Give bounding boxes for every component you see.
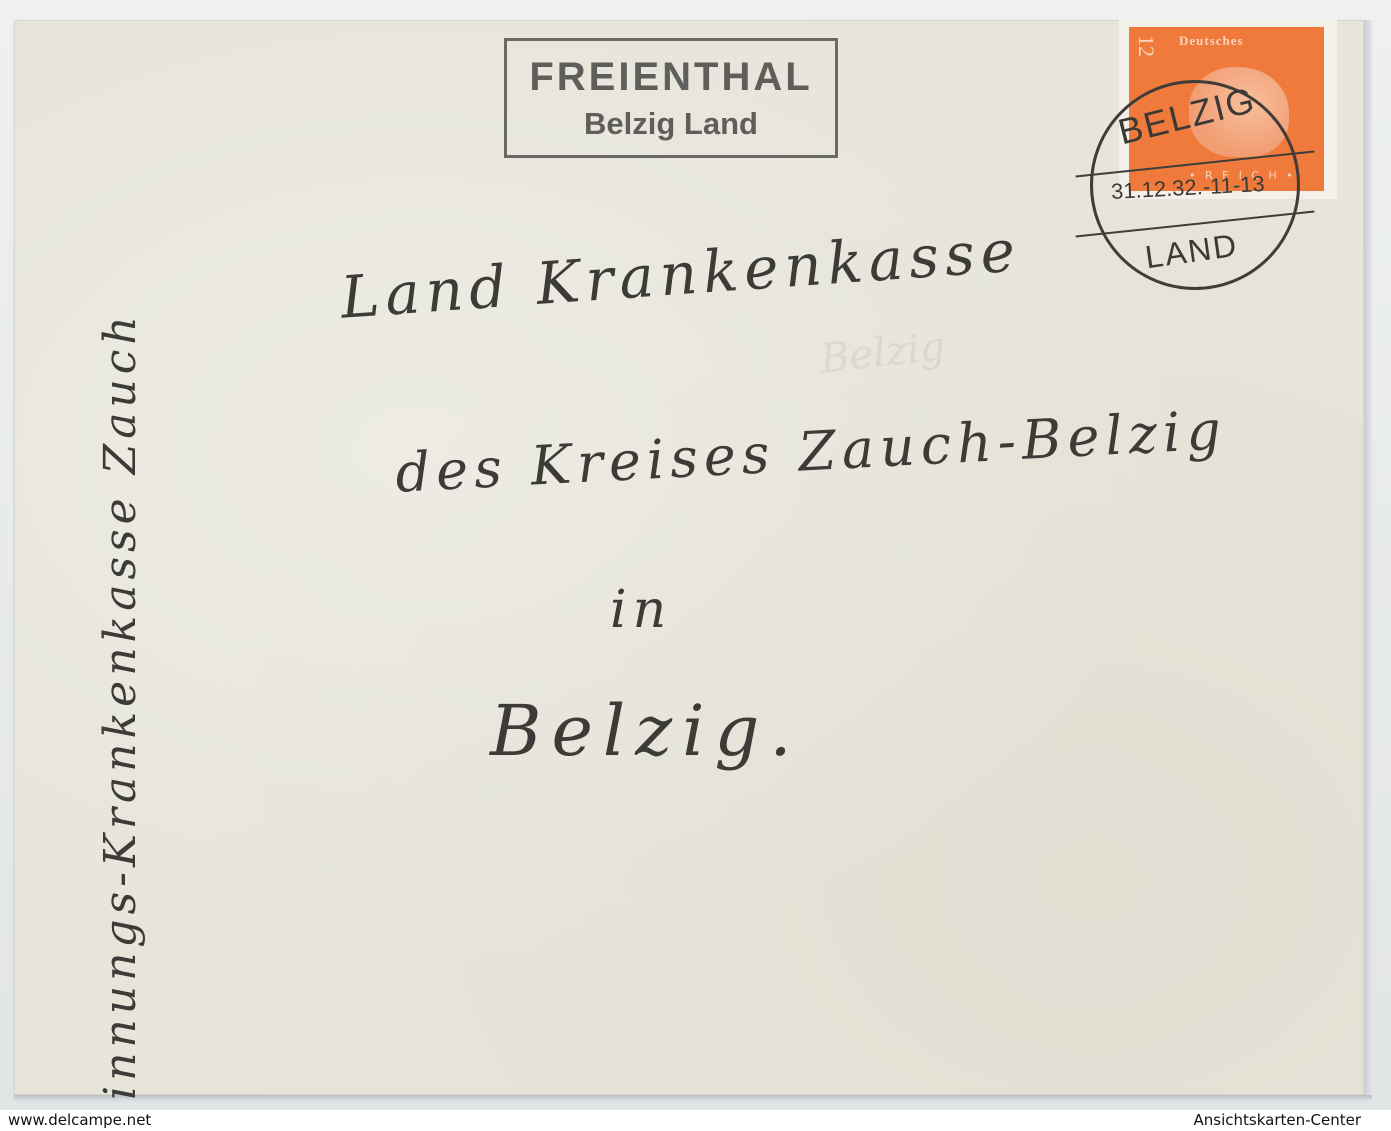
stamp-country: Deutsches <box>1179 33 1244 49</box>
cachet-box: FREIENTHAL Belzig Land <box>504 38 838 158</box>
postmark: BELZIG 31.12.32.-11-13 LAND <box>1090 80 1300 290</box>
postmark-date: 31.12.32.-11-13 <box>1110 171 1265 205</box>
postmark-district: LAND <box>1143 227 1241 277</box>
stamp-value: 12 <box>1133 35 1159 57</box>
address-line-3: in <box>610 580 672 640</box>
watermark-right: Ansichtskarten-Center <box>1194 1111 1362 1129</box>
postmark-bar-top <box>1076 150 1315 177</box>
sender-note-vertical: innungs-Krankenkasse Zauch <box>95 311 146 1100</box>
envelope-right-edge <box>1364 20 1372 1098</box>
watermark-left: www.delcampe.net <box>8 1111 151 1129</box>
envelope-bottom-edge <box>14 1095 1372 1101</box>
cachet-region: Belzig Land <box>507 105 835 143</box>
address-line-4: Belzig. <box>490 690 802 772</box>
cachet-place: FREIENTHAL <box>507 55 835 99</box>
